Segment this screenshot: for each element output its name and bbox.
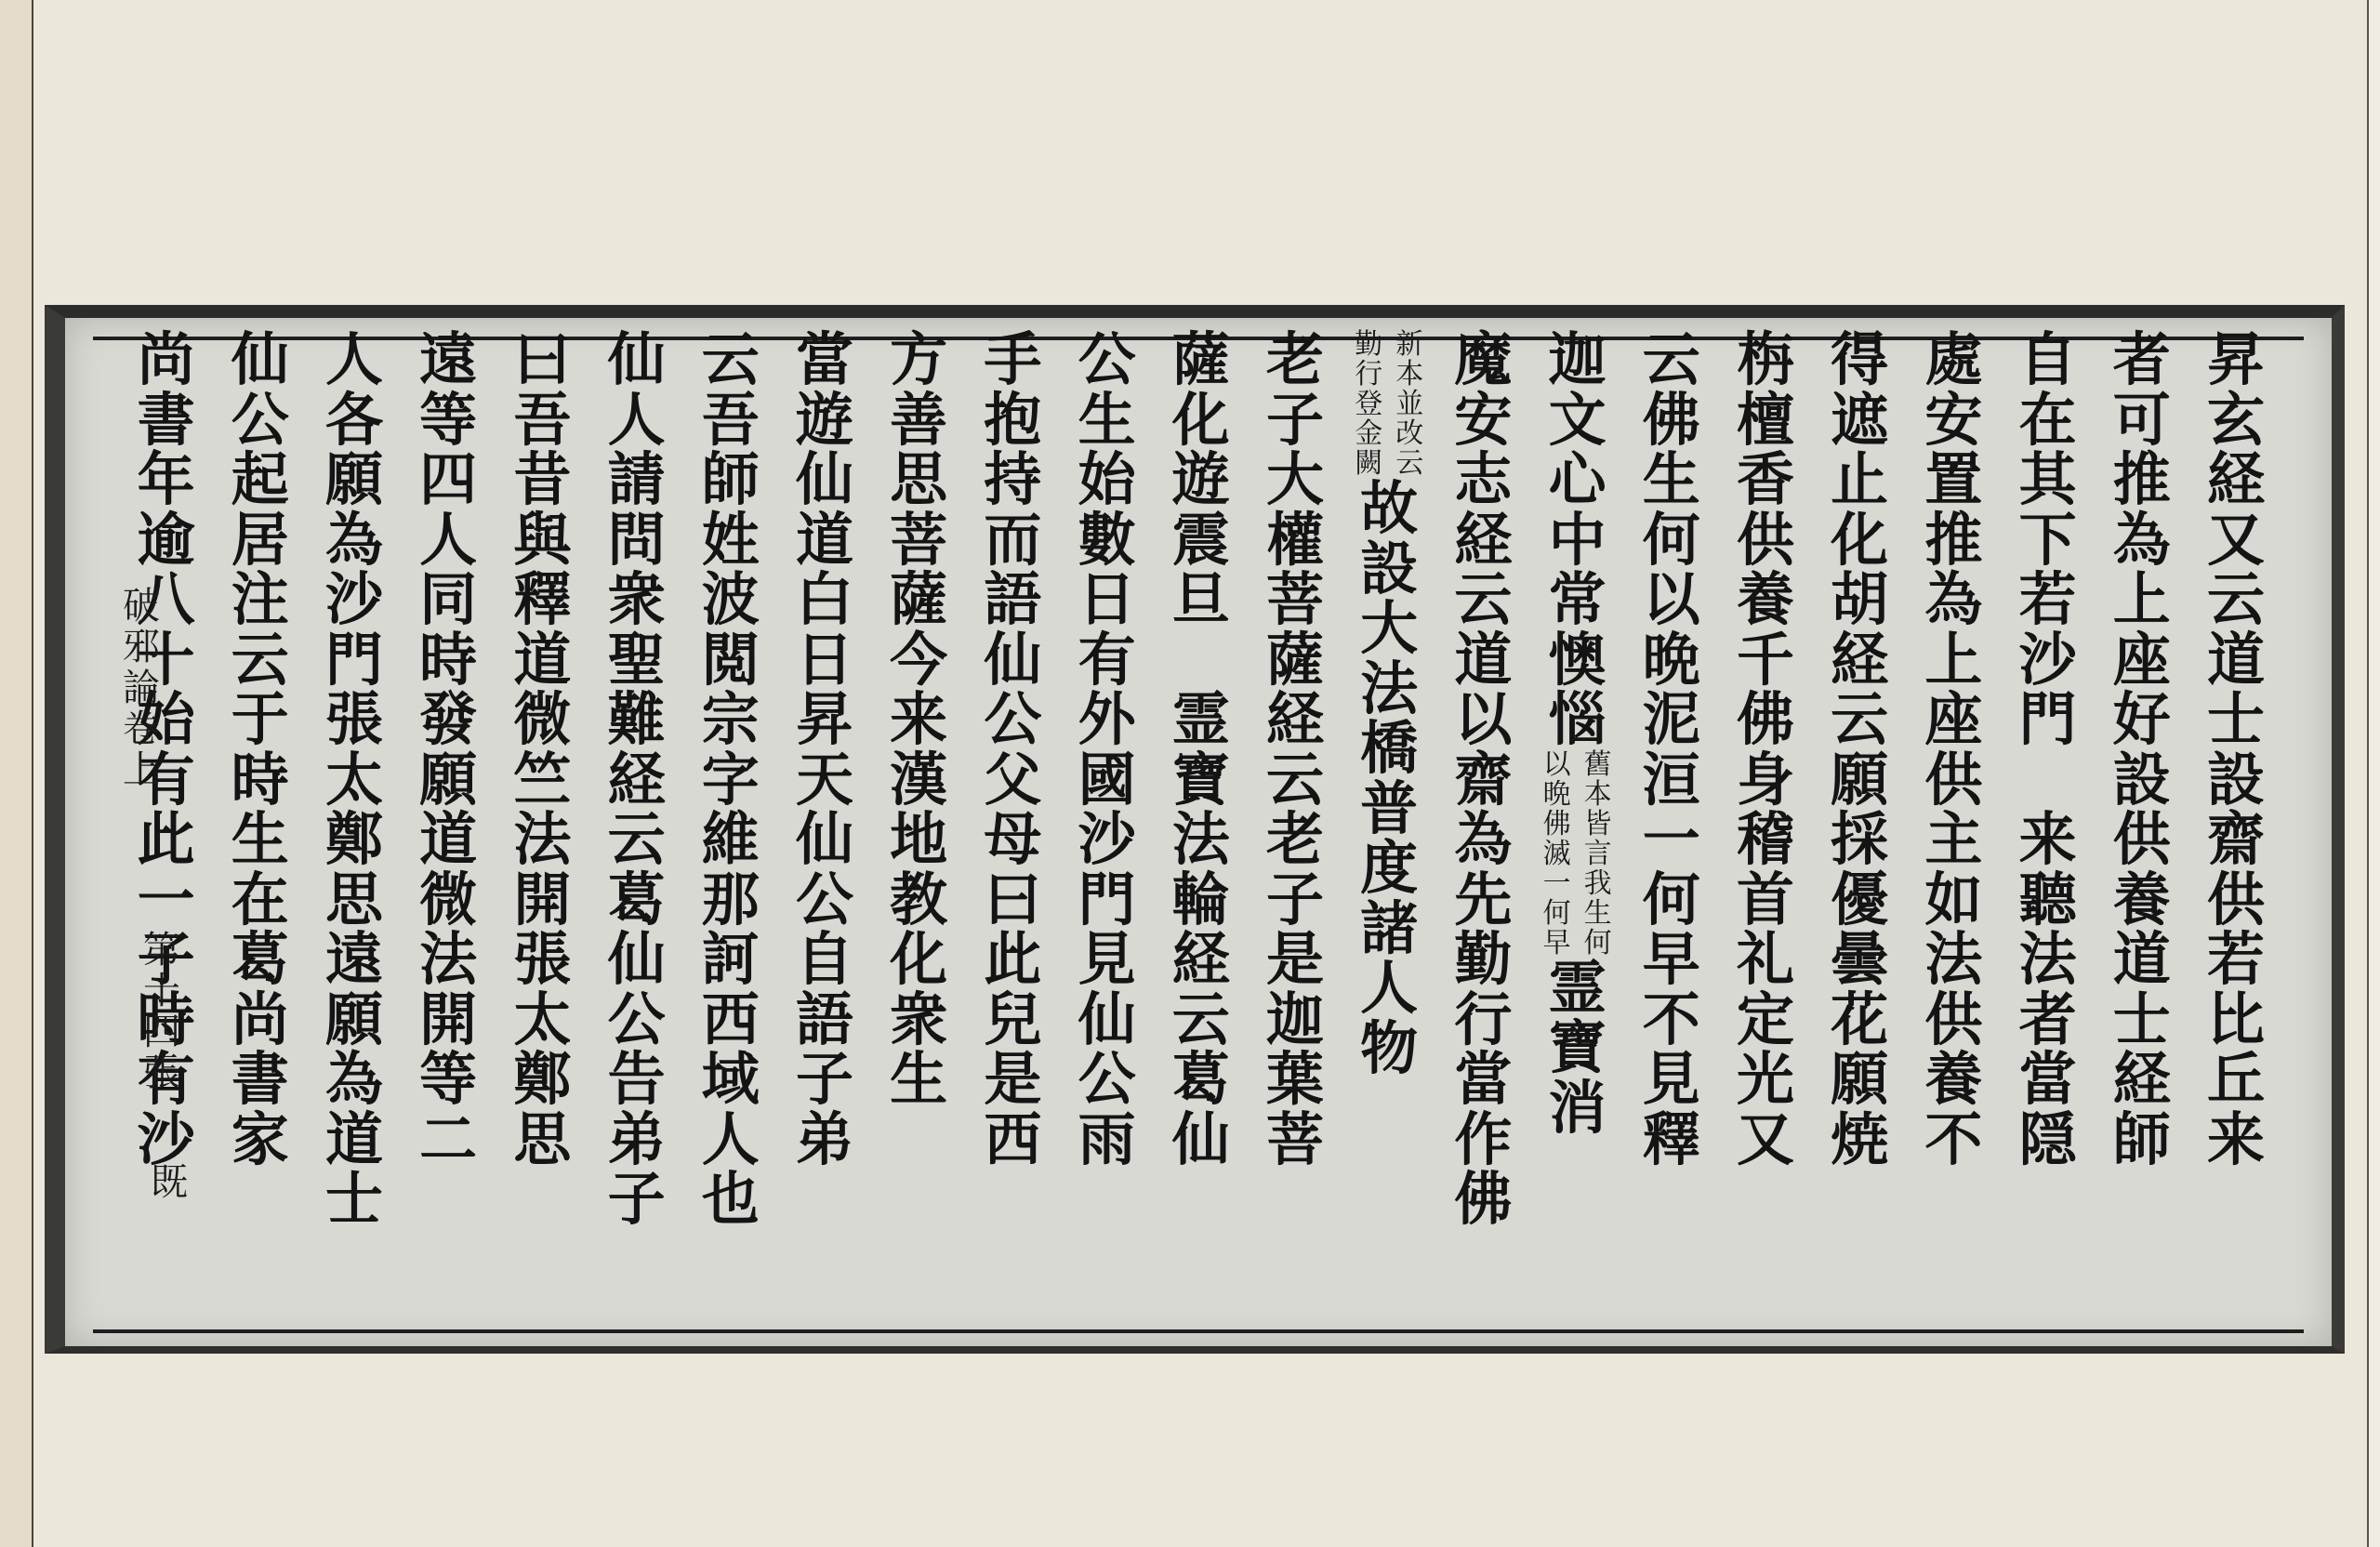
- glyph: 好: [2100, 690, 2184, 750]
- glyph: 為: [312, 510, 396, 571]
- glyph: 昇: [783, 690, 866, 750]
- glyph: 處: [1911, 330, 1995, 390]
- glyph: 供: [1911, 990, 1995, 1051]
- glyph: 太: [312, 750, 396, 811]
- glyph: 以: [1441, 690, 1525, 750]
- glyph: 生: [1580, 899, 1617, 929]
- glyph: 士: [2194, 690, 2278, 750]
- glyph: 行: [1350, 360, 1387, 390]
- text-column-10: 新本並改云勤行登金闕故設大法橋普度諸人物: [1347, 330, 1431, 1078]
- glyph: 門: [1065, 870, 1149, 931]
- glyph: 日: [1065, 570, 1149, 630]
- glyph: 若: [2194, 930, 2278, 990]
- glyph: 胡: [1818, 570, 1901, 630]
- glyph: 公: [218, 390, 302, 451]
- glyph: 止: [1818, 450, 1901, 510]
- glyph: 波: [689, 570, 773, 630]
- glyph: 書: [218, 1050, 302, 1110]
- glyph: 設: [2194, 750, 2278, 811]
- glyph: 域: [689, 1050, 773, 1110]
- glyph: 人: [689, 1110, 773, 1170]
- glyph: 方: [877, 330, 960, 390]
- glyph: 等: [406, 390, 490, 451]
- glyph: 香: [1724, 450, 1807, 510]
- glyph: 那: [689, 870, 773, 931]
- glyph: 遠: [312, 930, 396, 990]
- glyph: 沙: [1065, 810, 1149, 870]
- glyph: 皆: [1580, 810, 1617, 840]
- glyph: 問: [595, 510, 679, 571]
- glyph: 生: [1065, 390, 1149, 451]
- glyph: 為: [1911, 570, 1995, 630]
- glyph: 弟: [783, 1110, 866, 1170]
- glyph: 公: [783, 870, 866, 931]
- glyph: 人: [595, 390, 679, 451]
- glyph: 二: [406, 1110, 490, 1170]
- glyph: 雨: [1065, 1110, 1149, 1170]
- glyph: 経: [1818, 630, 1901, 691]
- glyph: 衆: [877, 990, 960, 1051]
- glyph: 何: [1630, 870, 1713, 931]
- glyph: 維: [689, 810, 773, 870]
- glyph: 養: [2100, 870, 2184, 931]
- glyph: 震: [1159, 510, 1243, 571]
- glyph: 稽: [1724, 810, 1807, 870]
- glyph: 薩: [1253, 630, 1337, 691]
- text-column-19: 曰吾昔與釋道微竺法開張太鄭思: [500, 330, 584, 1170]
- glyph: 宗: [689, 690, 773, 750]
- glyph: 何: [1539, 899, 1576, 929]
- glyph: 國: [1065, 750, 1149, 811]
- glyph: 西: [689, 990, 773, 1051]
- glyph: 當: [2006, 1050, 2090, 1110]
- glyph: 云: [1253, 750, 1337, 811]
- text-column-13: 公生始數日有外國沙門見仙公雨: [1065, 330, 1149, 1170]
- glyph: 師: [2100, 1110, 2184, 1170]
- glyph: 故: [1347, 479, 1431, 539]
- glyph: 云: [2194, 570, 2278, 630]
- glyph: 仙: [595, 930, 679, 990]
- glyph: 法: [1347, 659, 1431, 720]
- glyph: 設: [1347, 539, 1431, 600]
- glyph: 開: [500, 870, 584, 931]
- text-column-8: 迦文心中常懊惱舊本皆言我生何以晩佛滅一何早霊寶消: [1536, 330, 1620, 1138]
- glyph: 父: [971, 750, 1054, 811]
- glyph: 経: [595, 750, 679, 811]
- glyph: 遊: [1159, 450, 1243, 510]
- glyph: 公: [971, 690, 1054, 750]
- glyph: 上: [2100, 570, 2184, 630]
- glyph: 此: [125, 810, 208, 870]
- glyph: 云: [1630, 330, 1713, 390]
- glyph: 願: [1818, 1050, 1901, 1110]
- glyph: 語: [971, 570, 1054, 630]
- glyph: 者: [2006, 990, 2090, 1051]
- glyph: 法: [1911, 930, 1995, 990]
- glyph: 微: [406, 870, 490, 931]
- glyph: 上: [1911, 630, 1995, 691]
- glyph: 等: [406, 1050, 490, 1110]
- glyph: 日: [783, 630, 866, 691]
- text-column-22: 仙公起居注云于時生在葛尚書家: [218, 330, 302, 1170]
- glyph: 數: [1065, 510, 1149, 571]
- glyph: 旦: [1159, 570, 1243, 630]
- glyph: 公: [1065, 1050, 1149, 1110]
- glyph: 供: [1911, 750, 1995, 811]
- glyph: 佛: [1441, 1170, 1525, 1230]
- glyph: 同: [406, 570, 490, 630]
- glyph: 當: [783, 330, 866, 390]
- glyph: 勤: [1350, 330, 1387, 360]
- glyph: 経: [1253, 690, 1337, 750]
- glyph: 姓: [689, 510, 773, 571]
- glyph: 我: [1580, 869, 1617, 899]
- glyph: 本: [1580, 780, 1617, 810]
- glyph: 消: [1536, 1078, 1620, 1139]
- glyph: 道: [783, 510, 866, 571]
- text-column-4: 處安置推為上座供主如法供養不: [1911, 330, 1995, 1170]
- glyph: 持: [971, 450, 1054, 510]
- glyph: 金: [1350, 419, 1387, 449]
- glyph: 道: [2194, 630, 2278, 691]
- text-column-2: 者可推為上座好設供養道士経師: [2100, 330, 2184, 1170]
- glyph: 于: [218, 690, 302, 750]
- glyph: 齋: [2194, 810, 2278, 870]
- glyph: 訶: [689, 930, 773, 990]
- glyph: 難: [595, 690, 679, 750]
- glyph: 願: [406, 750, 490, 811]
- glyph: 道: [500, 630, 584, 691]
- glyph: 是: [971, 1050, 1054, 1110]
- glyph: 吾: [689, 390, 773, 451]
- glyph: 願: [312, 450, 396, 510]
- glyph: 橋: [1347, 719, 1431, 779]
- glyph: 老: [1253, 810, 1337, 870]
- glyph: 云: [1818, 690, 1901, 750]
- glyph: 太: [500, 990, 584, 1051]
- glyph: 鄭: [312, 810, 396, 870]
- glyph: 若: [2006, 570, 2090, 630]
- glyph: 得: [1818, 330, 1901, 390]
- glyph: 語: [783, 990, 866, 1051]
- glyph: 曰: [500, 330, 584, 390]
- glyph: 寶: [1536, 1018, 1620, 1078]
- glyph: 寶: [1159, 750, 1243, 811]
- glyph: 當: [1441, 1050, 1525, 1110]
- glyph: 衆: [595, 570, 679, 630]
- glyph: 晩: [1630, 630, 1713, 691]
- glyph: 時: [218, 750, 302, 811]
- glyph: 母: [971, 810, 1054, 870]
- glyph: 供: [2194, 870, 2278, 931]
- glyph: 法: [406, 930, 490, 990]
- glyph: 養: [1911, 1050, 1995, 1110]
- glyph: 遊: [783, 390, 866, 451]
- glyph: 發: [406, 690, 490, 750]
- glyph: 法: [1159, 810, 1243, 870]
- glyph: 尚: [218, 990, 302, 1051]
- glyph: 本: [1391, 360, 1428, 390]
- glyph: 薩: [1159, 330, 1243, 390]
- glyph: 経: [1159, 930, 1243, 990]
- glyph: 菩: [877, 510, 960, 571]
- glyph: 新: [1391, 330, 1428, 360]
- glyph: 先: [1441, 870, 1525, 931]
- glyph: 滅: [1539, 840, 1576, 869]
- glyph: 経: [2100, 1050, 2184, 1110]
- glyph: 一: [1539, 869, 1576, 899]
- glyph: 道: [406, 810, 490, 870]
- glyph: 不: [1630, 990, 1713, 1051]
- glyph: 四: [406, 450, 490, 510]
- glyph: 公: [1065, 330, 1149, 390]
- glyph: 今: [877, 630, 960, 691]
- text-column-12: 薩化遊震旦霊寶法輪経云葛仙: [1159, 330, 1243, 1170]
- glyph: 化: [1818, 510, 1901, 571]
- interlinear-note: 新本並改云勤行登金闕: [1350, 330, 1428, 479]
- glyph: 来: [2194, 1110, 2278, 1170]
- glyph: 請: [595, 450, 679, 510]
- glyph: 願: [1818, 750, 1901, 811]
- text-column-14: 手抱持而語仙公父母曰此兒是西: [971, 330, 1054, 1170]
- glyph: 法: [500, 810, 584, 870]
- glyph: 此: [971, 930, 1054, 990]
- glyph: 為: [312, 1050, 396, 1110]
- glyph: 焼: [1818, 1110, 1901, 1170]
- glyph: 曇: [1818, 930, 1901, 990]
- glyph: 聖: [595, 630, 679, 691]
- glyph: 道: [2100, 930, 2184, 990]
- glyph: 遮: [1818, 390, 1901, 451]
- glyph: 迦: [1536, 330, 1620, 390]
- glyph: 大: [1347, 599, 1431, 659]
- page-edge-strip: [2369, 0, 2380, 1547]
- glyph: 兒: [971, 990, 1054, 1051]
- glyph: 是: [1253, 930, 1337, 990]
- glyph: 以: [1630, 570, 1713, 630]
- glyph: 改: [1391, 419, 1428, 449]
- glyph: 邪: [119, 627, 164, 668]
- glyph: 又: [1724, 1110, 1807, 1170]
- glyph: 云: [1159, 990, 1243, 1051]
- glyph: 懊: [1536, 630, 1620, 691]
- glyph: 言: [1580, 840, 1617, 869]
- glyph: 隠: [2006, 1110, 2090, 1170]
- glyph: 遠: [406, 330, 490, 390]
- glyph: 仙: [595, 330, 679, 390]
- glyph: 行: [1441, 990, 1525, 1051]
- glyph: 論: [119, 668, 164, 708]
- glyph: 花: [1818, 990, 1901, 1051]
- glyph: 又: [2194, 510, 2278, 571]
- glyph: 自: [783, 930, 866, 990]
- text-column-16: 當遊仙道白日昇天仙公自語子弟: [783, 330, 866, 1170]
- text-column-9: 魔安志経云道以齋為先勤行當作佛: [1441, 330, 1525, 1230]
- note-line: 新本並改云: [1391, 330, 1428, 479]
- glyph: 一: [1630, 810, 1713, 870]
- glyph: 十: [139, 971, 184, 1011]
- glyph: 曰: [971, 870, 1054, 931]
- text-column-15: 方善思菩薩今来漢地教化衆生: [877, 330, 960, 1110]
- glyph: 書: [125, 390, 208, 451]
- text-column-3: 自在其下若沙門𡰱来聽法者當隠: [2006, 330, 2090, 1170]
- glyph: 見: [1065, 930, 1149, 990]
- glyph: 文: [1536, 390, 1620, 451]
- note-line: 以晩佛滅一何早: [1539, 750, 1576, 959]
- glyph: 弟: [595, 1110, 679, 1170]
- glyph: 抱: [971, 390, 1054, 451]
- glyph: 生: [1630, 450, 1713, 510]
- glyph: 人: [312, 330, 396, 390]
- glyph: 光: [1724, 1050, 1807, 1110]
- glyph: 起: [218, 450, 302, 510]
- glyph: 物: [1347, 1019, 1431, 1079]
- glyph: 供: [1724, 510, 1807, 571]
- glyph: 何: [1630, 510, 1713, 571]
- glyph: 菩: [1253, 570, 1337, 630]
- glyph: 栴: [1724, 330, 1807, 390]
- glyph: 教: [877, 870, 960, 931]
- text-column-6: 栴檀香供養千佛身稽首礼定光又: [1724, 330, 1807, 1170]
- glyph: 主: [1911, 810, 1995, 870]
- glyph: 權: [1253, 510, 1337, 571]
- glyph: 老: [1253, 330, 1337, 390]
- glyph: 破: [119, 586, 164, 627]
- glyph: 卷: [119, 708, 164, 749]
- glyph: 大: [1253, 450, 1337, 510]
- glyph: 公: [595, 990, 679, 1051]
- glyph: 子: [595, 1170, 679, 1230]
- glyph: 玄: [2194, 390, 2278, 451]
- glyph: 釋: [500, 570, 584, 630]
- glyph: 一: [125, 870, 208, 931]
- glyph: 志: [1441, 450, 1525, 510]
- glyph: 上: [119, 749, 164, 790]
- glyph: 不: [1911, 1110, 1995, 1170]
- text-column-21: 人各願為沙門張太鄭思遠願為道士: [312, 330, 396, 1230]
- glyph: 葛: [218, 930, 302, 990]
- glyph: 推: [2100, 450, 2184, 510]
- glyph: 其: [2006, 450, 2090, 510]
- glyph: 為: [2100, 510, 2184, 571]
- glyph: 門: [2006, 690, 2090, 750]
- interlinear-note: 舊本皆言我生何以晩佛滅一何早: [1539, 750, 1617, 959]
- glyph: 仙: [783, 450, 866, 510]
- margin-title: 破邪論卷上: [119, 586, 164, 790]
- glyph: 云: [595, 810, 679, 870]
- glyph: 昔: [500, 450, 584, 510]
- glyph: 登: [1350, 390, 1387, 419]
- glyph: 家: [218, 1110, 302, 1170]
- glyph: 檀: [1724, 390, 1807, 451]
- glyph: 身: [1724, 750, 1807, 811]
- glyph: 推: [1911, 510, 1995, 571]
- glyph: 吾: [500, 390, 584, 451]
- glyph: 葉: [1253, 1050, 1337, 1110]
- text-column-17: 云吾師姓波閲宗字維那訶西域人也: [689, 330, 773, 1230]
- glyph: 洹: [1630, 750, 1713, 811]
- note-line: 舊本皆言我生何: [1580, 750, 1617, 959]
- glyph: 有: [1065, 630, 1149, 691]
- glyph: 者: [2100, 330, 2184, 390]
- glyph: 云: [689, 330, 773, 390]
- glyph: 仙: [218, 330, 302, 390]
- glyph: 四: [139, 1011, 184, 1052]
- glyph: 道: [1441, 630, 1525, 691]
- glyph: 人: [406, 510, 490, 571]
- glyph: 為: [1441, 810, 1525, 870]
- glyph: 仙: [1159, 1110, 1243, 1170]
- glyph: 常: [1536, 570, 1620, 630]
- glyph: 経: [1441, 510, 1525, 571]
- glyph: 既: [147, 1162, 192, 1203]
- book-spine-edge: [0, 0, 33, 1547]
- glyph: 千: [1724, 630, 1807, 691]
- text-column-20: 遠等四人同時發願道微法開等二: [406, 330, 490, 1170]
- glyph: 迦: [1253, 990, 1337, 1051]
- glyph: 度: [1347, 839, 1431, 899]
- glyph: 安: [1911, 390, 1995, 451]
- glyph: 化: [1159, 390, 1243, 451]
- glyph: 齋: [1441, 750, 1525, 811]
- glyph: 子: [783, 1050, 866, 1110]
- text-column-18: 仙人請問衆聖難経云葛仙公告弟子: [595, 330, 679, 1230]
- glyph: 輪: [1159, 870, 1243, 931]
- glyph: 張: [139, 1052, 184, 1093]
- glyph: 鄭: [500, 1050, 584, 1110]
- glyph: 来: [877, 690, 960, 750]
- glyph: 惱: [1536, 690, 1620, 750]
- glyph: 居: [218, 510, 302, 571]
- glyph: 仙: [1065, 990, 1149, 1051]
- glyph: 聽: [2006, 870, 2090, 931]
- glyph: 天: [783, 750, 866, 811]
- glyph: 開: [406, 990, 490, 1051]
- glyph: 設: [2100, 750, 2184, 811]
- glyph: 各: [312, 390, 396, 451]
- glyph: 子: [1253, 870, 1337, 931]
- glyph: 普: [1347, 779, 1431, 840]
- glyph: 門: [312, 630, 396, 691]
- glyph: 張: [312, 690, 396, 750]
- glyph: 士: [2100, 990, 2184, 1051]
- glyph: 置: [1911, 450, 1995, 510]
- glyph: 定: [1724, 990, 1807, 1051]
- glyph: 釋: [1630, 1110, 1713, 1170]
- text-column-11: 老子大權菩薩経云老子是迦葉菩: [1253, 330, 1337, 1170]
- glyph: 菩: [1253, 1110, 1337, 1170]
- glyph: 云: [1441, 570, 1525, 630]
- glyph: 来: [2006, 810, 2090, 870]
- glyph: 昇: [2194, 330, 2278, 390]
- text-column-1: 昇玄経又云道士設齋供若比丘来: [2194, 330, 2278, 1170]
- glyph: 可: [2100, 390, 2184, 451]
- glyph: 仙: [971, 630, 1054, 691]
- glyph: 沙: [2006, 630, 2090, 691]
- text-column-5: 得遮止化胡経云願採優曇花願焼: [1818, 330, 1901, 1170]
- glyph: 人: [1347, 959, 1431, 1019]
- glyph: 諸: [1347, 899, 1431, 959]
- text-column-7: 云佛生何以晩泥洹一何早不見釋: [1630, 330, 1713, 1170]
- glyph: 礼: [1724, 930, 1807, 990]
- glyph: 魔: [1441, 330, 1525, 390]
- glyph: 時: [406, 630, 490, 691]
- glyph: 自: [2006, 330, 2090, 390]
- glyph: 師: [689, 450, 773, 510]
- glyph: 思: [877, 450, 960, 510]
- glyph: 佛: [1539, 810, 1576, 840]
- glyph: 供: [2100, 810, 2184, 870]
